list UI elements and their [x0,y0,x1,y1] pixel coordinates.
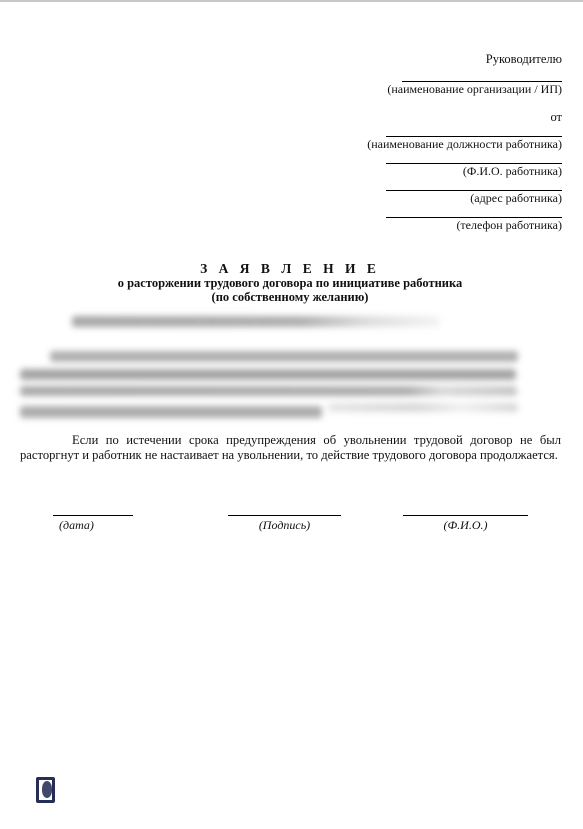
blurred-text-section [20,313,542,429]
document-title: З А Я В Л Е Н И Е [20,261,560,276]
recipient-block: Руководителю (наименование организации /… [302,52,562,233]
site-logo-icon [36,777,55,803]
employee-phone-underline [386,206,562,218]
signature-date-field: (дата) [53,504,133,533]
employee-address-field: (адрес работника) [302,179,562,206]
fio-caption: (Ф.И.О.) [403,518,528,533]
date-caption: (дата) [53,518,133,533]
blurred-line [20,406,322,418]
document-page: Руководителю (наименование организации /… [0,0,583,829]
employee-name-underline [386,152,562,164]
date-underline [53,504,133,516]
document-subtitle-2: (по собственному желанию) [20,290,560,304]
fio-underline [403,504,528,516]
body-paragraph: Если по истечении срока предупреждения о… [20,433,561,463]
blurred-line [72,316,440,327]
org-name-underline [402,67,562,82]
employee-phone-field: (телефон работника) [302,206,562,233]
sign-underline [228,504,341,516]
document-title-block: З А Я В Л Е Н И Е о расторжении трудовог… [20,261,560,304]
blurred-line [20,386,517,396]
logo-oval-shape [42,781,52,798]
signature-fio-field: (Ф.И.О.) [403,504,528,533]
employee-address-caption: (адрес работника) [302,191,562,206]
blurred-line [50,351,518,362]
org-name-field: (наименование организации / ИП) [302,67,562,97]
position-field: (наименование должности работника) [302,125,562,152]
signature-sign-field: (Подпись) [228,504,341,533]
from-label: от [302,110,562,125]
sign-caption: (Подпись) [228,518,341,533]
org-name-caption: (наименование организации / ИП) [302,82,562,97]
position-caption: (наименование должности работника) [302,137,562,152]
document-subtitle-1: о расторжении трудового договора по иниц… [20,276,560,290]
position-underline [386,125,562,137]
employee-phone-caption: (телефон работника) [302,218,562,233]
employee-name-field: (Ф.И.О. работника) [302,152,562,179]
blurred-line [328,403,518,412]
employee-name-caption: (Ф.И.О. работника) [302,164,562,179]
recipient-label: Руководителю [302,52,562,67]
employee-address-underline [386,179,562,191]
blurred-line [20,369,516,380]
